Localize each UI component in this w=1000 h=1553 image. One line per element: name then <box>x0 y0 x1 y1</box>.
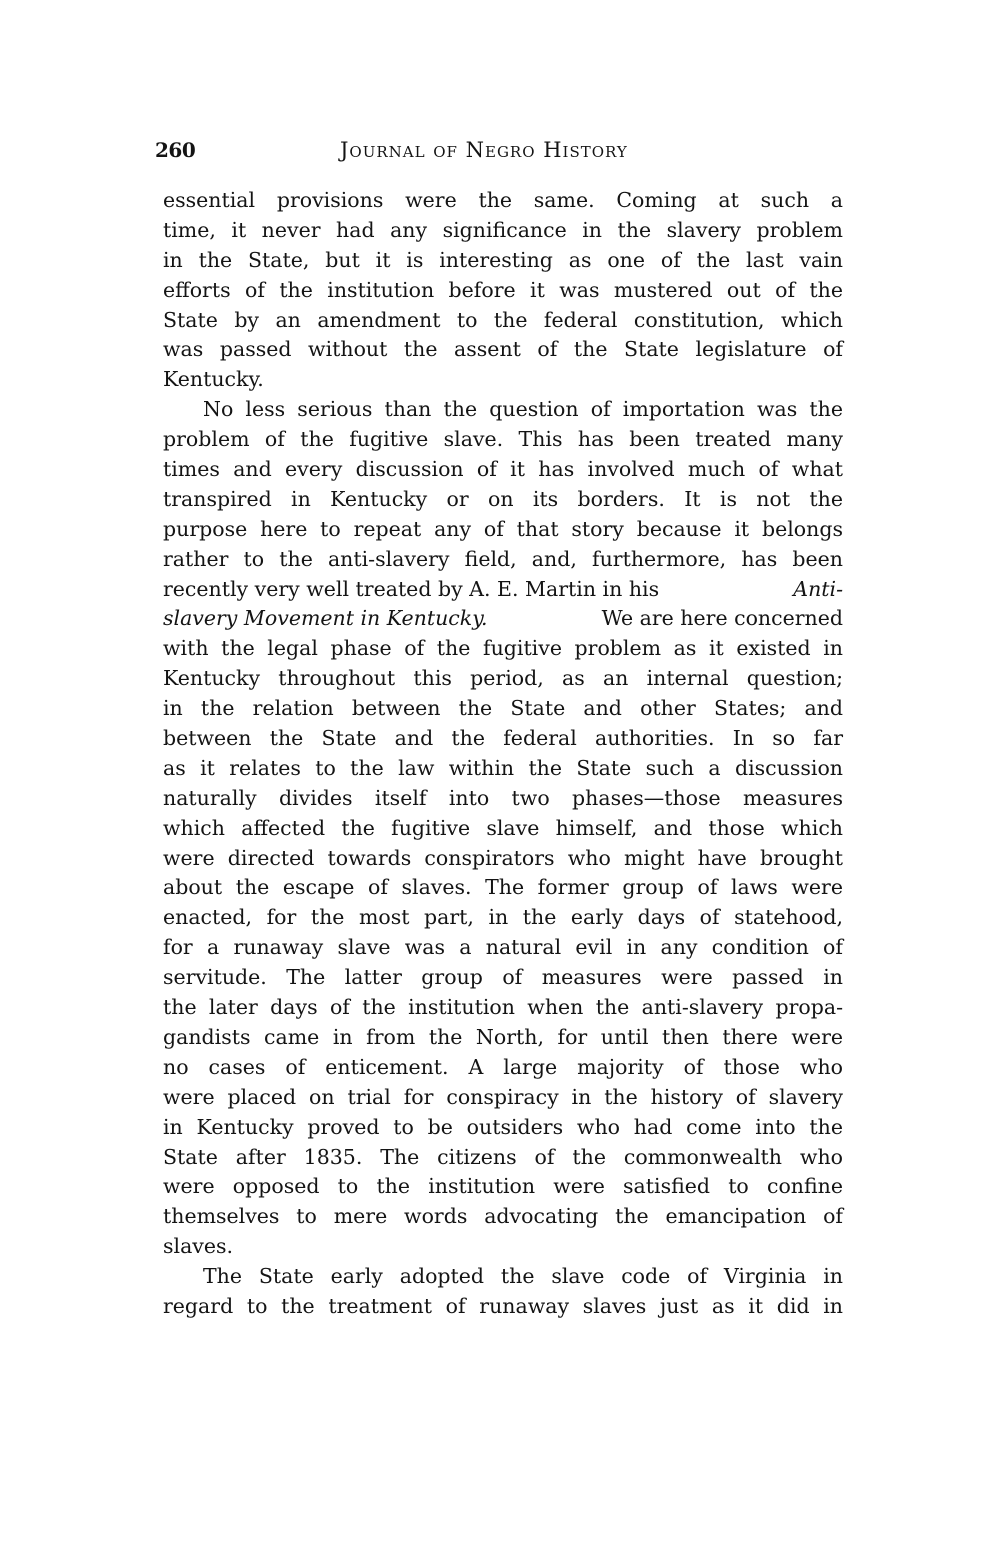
book-title-italic: slavery Movement in Kentucky. <box>163 604 488 634</box>
text-line: as it relates to the law within the Stat… <box>163 754 843 784</box>
text-line: rather to the anti-slavery field, and, f… <box>163 545 843 575</box>
text-line-with-italic: recently very well treated by A. E. Mart… <box>163 575 843 605</box>
text-line: efforts of the institution before it was… <box>163 276 843 306</box>
text-line: themselves to mere words advocating the … <box>163 1202 843 1232</box>
page-number: 260 <box>155 138 195 162</box>
journal-title: Journal of Negro History <box>340 138 628 162</box>
text-line: in the relation between the State and ot… <box>163 694 843 724</box>
text-line: slaves. <box>163 1232 843 1262</box>
text-line: about the escape of slaves. The former g… <box>163 873 843 903</box>
text-line: times and every discussion of it has inv… <box>163 455 843 485</box>
document-page: 260 Journal of Negro History essential p… <box>0 0 1000 1553</box>
text-line: for a runaway slave was a natural evil i… <box>163 933 843 963</box>
paragraph-3: The State early adopted the slave code o… <box>163 1262 843 1322</box>
body-text: essential provisions were the same. Comi… <box>163 186 843 1322</box>
text-fragment: recently very well treated by A. E. Mart… <box>163 575 659 605</box>
text-line: The State early adopted the slave code o… <box>163 1262 843 1292</box>
text-line: State after 1835. The citizens of the co… <box>163 1143 843 1173</box>
text-line: was passed without the assent of the Sta… <box>163 335 843 365</box>
book-title-italic: Anti- <box>793 575 843 605</box>
text-line: were directed towards conspirators who m… <box>163 844 843 874</box>
text-line: problem of the fugitive slave. This has … <box>163 425 843 455</box>
text-line: in the State, but it is interesting as o… <box>163 246 843 276</box>
text-line: between the State and the federal author… <box>163 724 843 754</box>
paragraph-2: No less serious than the question of imp… <box>163 395 843 1262</box>
text-line: were placed on trial for conspiracy in t… <box>163 1083 843 1113</box>
text-line: were opposed to the institution were sat… <box>163 1172 843 1202</box>
text-line: Kentucky throughout this period, as an i… <box>163 664 843 694</box>
text-line: naturally divides itself into two phases… <box>163 784 843 814</box>
text-line: essential provisions were the same. Comi… <box>163 186 843 216</box>
text-line: Kentucky. <box>163 365 843 395</box>
text-line: regard to the treatment of runaway slave… <box>163 1292 843 1322</box>
text-line: time, it never had any significance in t… <box>163 216 843 246</box>
text-line: transpired in Kentucky or on its borders… <box>163 485 843 515</box>
text-line: no cases of enticement. A large majority… <box>163 1053 843 1083</box>
text-line: in Kentucky proved to be outsiders who h… <box>163 1113 843 1143</box>
text-line: the later days of the institution when t… <box>163 993 843 1023</box>
text-fragment: We are here concerned <box>602 604 843 634</box>
text-line: No less serious than the question of imp… <box>163 395 843 425</box>
paragraph-1: essential provisions were the same. Comi… <box>163 186 843 395</box>
text-line-with-italic: slavery Movement in Kentucky. We are her… <box>163 604 843 634</box>
text-line: gandists came in from the North, for unt… <box>163 1023 843 1053</box>
running-head: 260 Journal of Negro History <box>155 138 845 168</box>
text-line: purpose here to repeat any of that story… <box>163 515 843 545</box>
text-line: State by an amendment to the federal con… <box>163 306 843 336</box>
text-line: with the legal phase of the fugitive pro… <box>163 634 843 664</box>
text-line: which affected the fugitive slave himsel… <box>163 814 843 844</box>
text-line: enacted, for the most part, in the early… <box>163 903 843 933</box>
text-line: servitude. The latter group of measures … <box>163 963 843 993</box>
